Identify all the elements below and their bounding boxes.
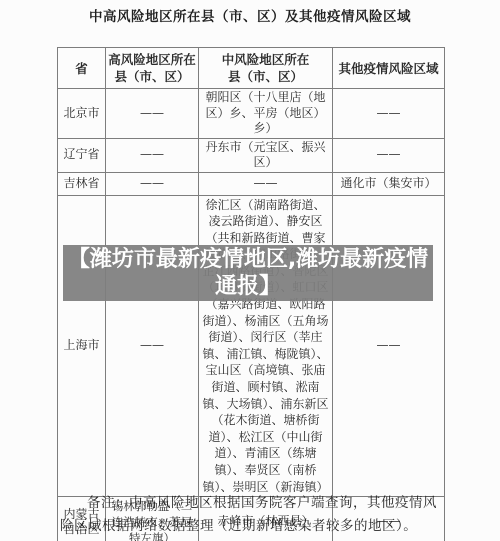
cell-medium-risk: —— xyxy=(199,172,333,195)
col-header-high-risk-line1: 高风险地区所在 xyxy=(108,51,196,68)
document-page: 中高风险地区所在县（市、区）及其他疫情风险区域 省 高风险地区所在 县（市、区）… xyxy=(0,0,500,541)
footnote: 备注：中高风险地区根据国务院客户端查询，其他疫情风险区域根据网络数据整理（近期新… xyxy=(60,492,442,537)
cell-province: 北京市 xyxy=(58,89,106,139)
cell-other-risk: —— xyxy=(333,195,445,497)
cell-high-risk: —— xyxy=(106,89,199,139)
page-title: 中高风险地区所在县（市、区）及其他疫情风险区域 xyxy=(0,5,500,25)
cell-medium-risk: 朝阳区（十八里店（地区）乡、平房（地区）乡） xyxy=(199,89,333,139)
cell-province: 上海市 xyxy=(58,195,106,497)
col-header-province: 省 xyxy=(58,48,106,89)
cell-other-risk: —— xyxy=(333,89,445,139)
cell-province: 吉林省 xyxy=(58,172,106,195)
cell-medium-risk: 徐汇区（湖南路街道、凌云路街道）、静安区（共和新路街道、曹家渡街道、宝山路街道、… xyxy=(199,195,333,497)
col-header-province-text: 省 xyxy=(75,61,88,76)
table-row-shanghai: 上海市 —— 徐汇区（湖南路街道、凌云路街道）、静安区（共和新路街道、曹家渡街道… xyxy=(58,195,445,497)
cell-province: 辽宁省 xyxy=(58,138,106,172)
col-header-medium-risk: 中风险地区所在 县（市、区） xyxy=(199,48,333,89)
watermark-text: 【潍坊市最新疫情地区,潍坊最新疫情通报】 xyxy=(63,246,433,300)
col-header-high-risk-line2: 县（市、区） xyxy=(108,68,196,85)
cell-high-risk: —— xyxy=(106,138,199,172)
cell-other-risk: —— xyxy=(333,138,445,172)
col-header-medium-risk-line1: 中风险地区所在 xyxy=(201,51,330,68)
table-row-beijing: 北京市 —— 朝阳区（十八里店（地区）乡、平房（地区）乡） —— xyxy=(58,89,445,139)
col-header-medium-risk-line2: 县（市、区） xyxy=(201,68,330,85)
cell-medium-risk: 丹东市（元宝区、振兴区） xyxy=(199,138,333,172)
cell-high-risk: —— xyxy=(106,195,199,497)
cell-high-risk: —— xyxy=(106,172,199,195)
cell-other-risk: 通化市（集安市） xyxy=(333,172,445,195)
watermark-banner: 【潍坊市最新疫情地区,潍坊最新疫情通报】 xyxy=(63,245,433,301)
table-header-row: 省 高风险地区所在 县（市、区） 中风险地区所在 县（市、区） 其他疫情风险区域 xyxy=(58,48,445,89)
col-header-other-risk: 其他疫情风险区域 xyxy=(333,48,445,89)
col-header-other-risk-text: 其他疫情风险区域 xyxy=(338,61,438,76)
col-header-high-risk: 高风险地区所在 县（市、区） xyxy=(106,48,199,89)
table-row-liaoning: 辽宁省 —— 丹东市（元宝区、振兴区） —— xyxy=(58,138,445,172)
table-row-jilin: 吉林省 —— —— 通化市（集安市） xyxy=(58,172,445,195)
